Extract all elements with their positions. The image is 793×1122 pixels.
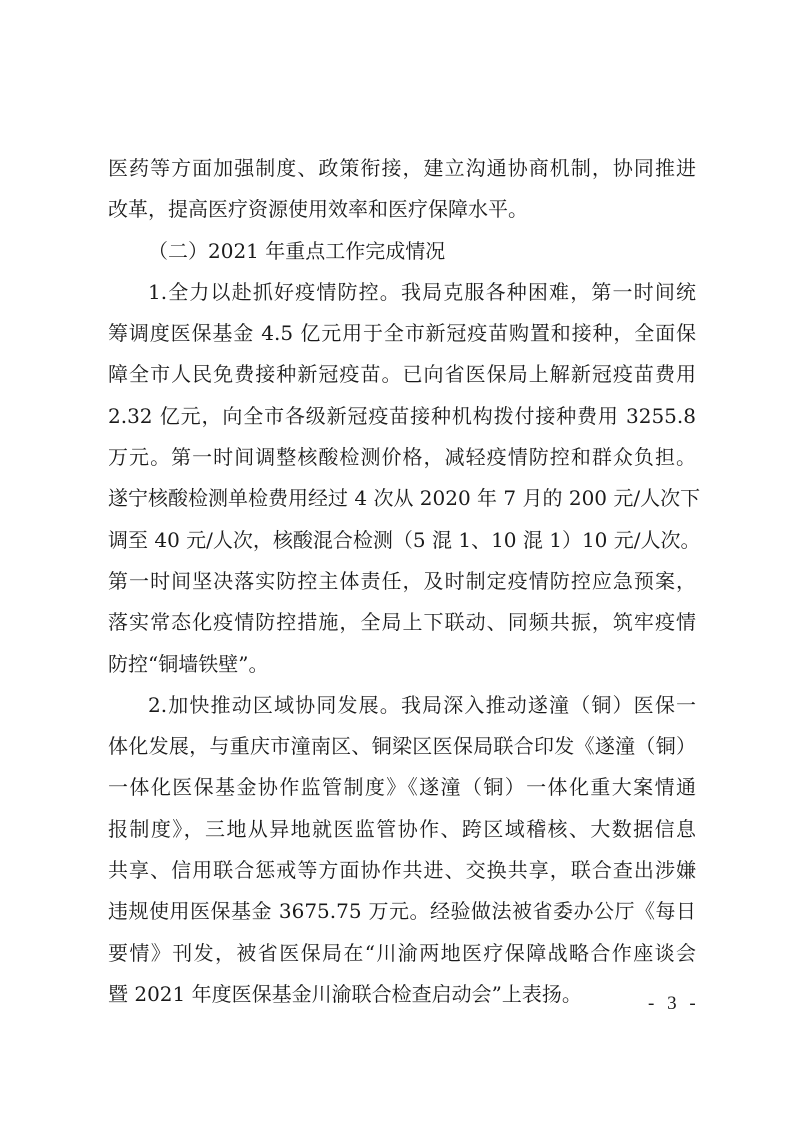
paragraph-line: 要情》刊发，被省医保局在“川渝两地医疗保障战略合作座谈会 <box>108 933 696 974</box>
paragraph-line: 改革，提高医疗资源使用效率和医疗保障水平。 <box>108 189 696 230</box>
paragraph-line: 报制度》，三地从异地就医监管协作、跨区域稽核、大数据信息 <box>108 809 696 850</box>
paragraph-line: 落实常态化疫情防控措施，全局上下联动、同频共振，筑牢疫情 <box>108 602 696 643</box>
paragraph-line: 2.32 亿元，向全市各级新冠疫苗接种机构拨付接种费用 3255.8 <box>108 396 696 437</box>
paragraph-line: 违规使用医保基金 3675.75 万元。经验做法被省委办公厅《每日 <box>108 891 696 932</box>
paragraph-line: 2.加快推动区域协同发展。我局深入推动遂潼（铜）医保一 <box>108 685 696 726</box>
paragraph-line: 防控“铜墙铁壁”。 <box>108 644 696 685</box>
paragraph-line: 障全市人民免费接种新冠疫苗。已向省医保局上解新冠疫苗费用 <box>108 354 696 395</box>
body-text: 医药等方面加强制度、政策衔接，建立沟通协商机制，协同推进 改革，提高医疗资源使用… <box>108 148 696 1015</box>
paragraph-line: 共享、信用联合惩戒等方面协作共进、交换共享，联合查出涉嫌 <box>108 850 696 891</box>
paragraph-line: 医药等方面加强制度、政策衔接，建立沟通协商机制，协同推进 <box>108 148 696 189</box>
paragraph-line: 一体化医保基金协作监管制度》《遂潼（铜）一体化重大案情通 <box>108 767 696 808</box>
paragraph-line: 筹调度医保基金 4.5 亿元用于全市新冠疫苗购置和接种，全面保 <box>108 313 696 354</box>
item-2-paragraph: 2.加快推动区域协同发展。我局深入推动遂潼（铜）医保一 体化发展，与重庆市潼南区… <box>108 685 696 1015</box>
paragraph-line: 遂宁核酸检测单检费用经过 4 次从 2020 年 7 月的 200 元/人次下 <box>108 478 696 519</box>
paragraph-line: 第一时间坚决落实防控主体责任，及时制定疫情防控应急预案， <box>108 561 696 602</box>
paragraph-line: 暨 2021 年度医保基金川渝联合检查启动会”上表扬。 <box>108 974 696 1015</box>
paragraph-line: 万元。第一时间调整核酸检测价格，减轻疫情防控和群众负担。 <box>108 437 696 478</box>
paragraph-line: 1.全力以赴抓好疫情防控。我局克服各种困难，第一时间统 <box>108 272 696 313</box>
item-1-paragraph: 1.全力以赴抓好疫情防控。我局克服各种困难，第一时间统 筹调度医保基金 4.5 … <box>108 272 696 685</box>
paragraph-line: 体化发展，与重庆市潼南区、铜梁区医保局联合印发《遂潼（铜） <box>108 726 696 767</box>
section-heading: （二）2021 年重点工作完成情况 <box>108 231 696 272</box>
document-page: 医药等方面加强制度、政策衔接，建立沟通协商机制，协同推进 改革，提高医疗资源使用… <box>0 0 793 1122</box>
paragraph-line: 调至 40 元/人次，核酸混合检测（5 混 1、10 混 1）10 元/人次。 <box>108 520 696 561</box>
page-number: - 3 - <box>648 993 700 1015</box>
